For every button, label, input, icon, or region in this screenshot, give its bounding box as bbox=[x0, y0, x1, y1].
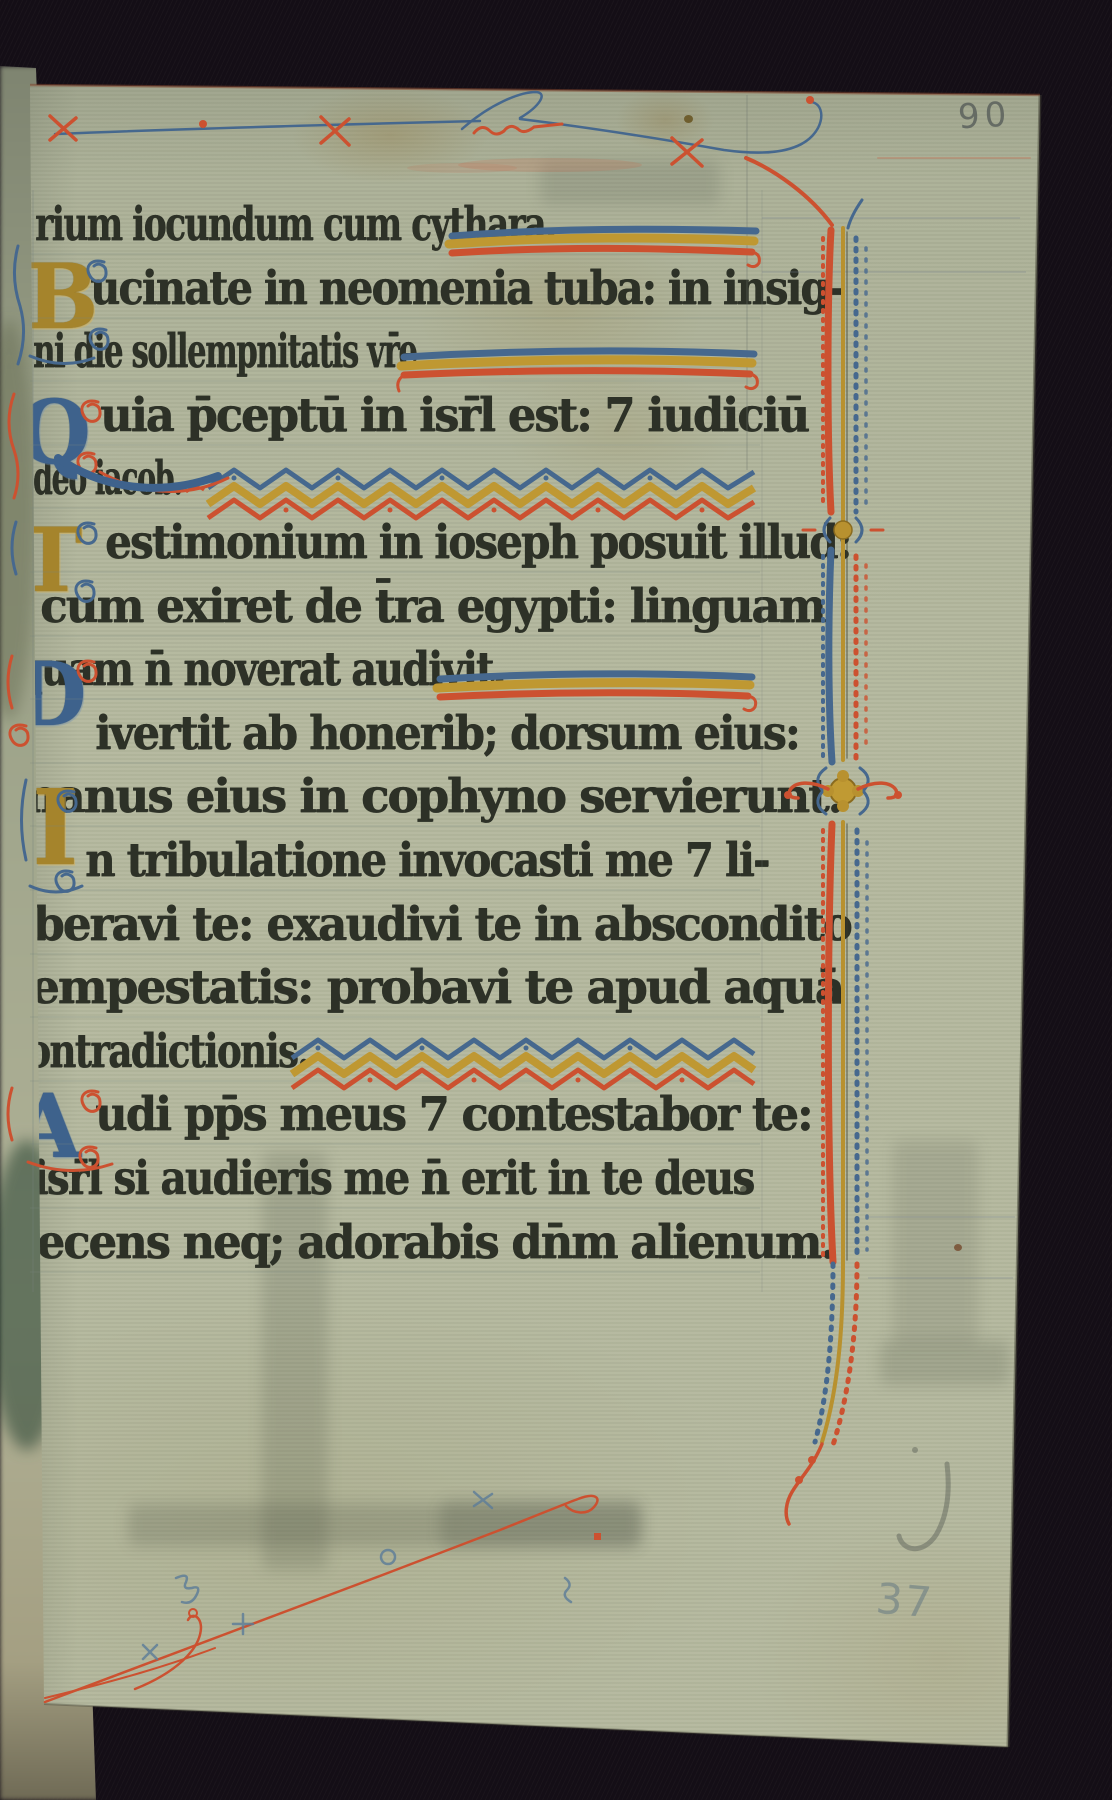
text-line: cum exiret de t̄ra egypti: linguam bbox=[40, 582, 824, 632]
offset-stain-right bbox=[893, 1140, 978, 1345]
offset-stain-top bbox=[540, 160, 720, 205]
manuscript-page: rium iocundum cum cythara. ucinate in ne… bbox=[0, 0, 1112, 1800]
text-line: uia p̄ceptū in isr̄l est: 7 iudiciū bbox=[100, 391, 808, 441]
photograph-backdrop: { "document": { "type": "illuminated man… bbox=[0, 0, 1112, 1800]
text-line: manus eius in cophyno servierunt. bbox=[8, 772, 842, 822]
text-line: recens neq; adorabis dn̄m alienum. bbox=[15, 1218, 834, 1268]
text-line: ucinate in neomenia tuba: in insig- bbox=[90, 264, 843, 314]
stain-speck bbox=[954, 1244, 962, 1251]
drop-initial-b: B bbox=[26, 252, 98, 342]
offset-stain-horizontal bbox=[440, 1500, 640, 1548]
stain-speck bbox=[684, 115, 693, 123]
text-line: n tribulatione invocasti me 7 li- bbox=[85, 836, 769, 886]
text-line: estimonium in ioseph posuit illud: bbox=[105, 518, 850, 568]
text-line: tempestatis: probavi te apud aquā bbox=[10, 963, 843, 1013]
drop-initial-i: I bbox=[32, 776, 78, 880]
folio-number: 90 bbox=[957, 95, 1012, 138]
text-line: beravi te: exaudivi te in abscondito bbox=[33, 900, 851, 950]
offset-stain-right bbox=[880, 1340, 1010, 1385]
text-line: isr̄l si audieris me n̄ erit in te deus bbox=[33, 1154, 753, 1204]
quire-number: 37 bbox=[874, 1574, 936, 1628]
text-line: quam n̄ noverat audivit. bbox=[15, 645, 504, 695]
text-line: rium iocundum cum cythara. bbox=[35, 200, 555, 250]
text-line: ivertit ab honerib; dorsum eius: bbox=[95, 709, 799, 759]
text-line: udi pp̄s meus 7 contestabor te: bbox=[95, 1090, 811, 1140]
text-line: contradictionis. bbox=[5, 1027, 308, 1077]
